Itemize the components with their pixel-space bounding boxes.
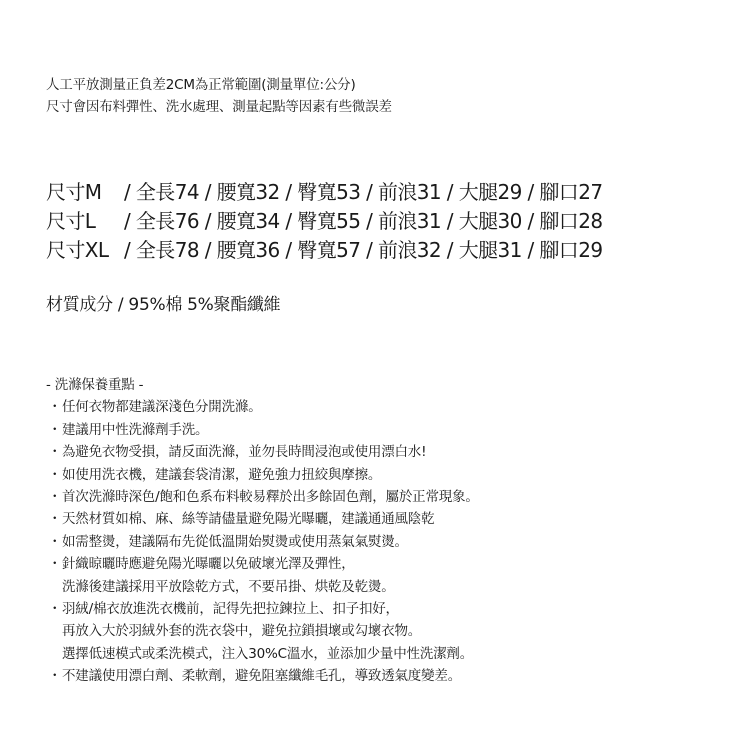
care-item-text: 任何衣物都建議深淺色分開洗滌。 (62, 396, 262, 418)
care-item-text: 如使用洗衣機，建議套袋清潔，避免強力扭絞與摩擦。 (62, 464, 381, 486)
size-chart: 尺寸M / 全長74 / 腰寬32 / 臀寬53 / 前浪31 / 大腿29 /… (46, 178, 602, 265)
size-label: 尺寸M (46, 178, 124, 207)
bullet-icon: ・ (46, 553, 62, 575)
measurement-note: 人工平放測量正負差2CM為正常範圍(測量單位:公分) 尺寸會因布料彈性、洗水處理… (46, 74, 392, 118)
care-item: ・ 為避免衣物受損，請反面洗滌，並勿長時間浸泡或使用漂白水! (46, 441, 479, 463)
care-item-continuation: 再放入大於羽絨外套的洗衣袋中，避免拉鎖損壞或勾壞衣物。 (46, 620, 479, 642)
care-title: - 洗滌保養重點 - (46, 374, 479, 396)
care-item-text: 羽絨/棉衣放進洗衣機前，記得先把拉鍊拉上、扣子扣好， (62, 598, 399, 620)
care-item-text: 如需整燙，建議隔布先從低溫開始熨燙或使用蒸氣氣熨燙。 (62, 531, 408, 553)
care-item: ・ 天然材質如棉、麻、絲等請儘量避免陽光曝曬，建議通通風陰乾 (46, 508, 479, 530)
bullet-icon: ・ (46, 396, 62, 418)
measurement-note-line-1: 人工平放測量正負差2CM為正常範圍(測量單位:公分) (46, 74, 392, 96)
size-spec: / 全長78 / 腰寬36 / 臀寬57 / 前浪32 / 大腿31 / 腳口2… (124, 236, 602, 265)
bullet-icon: ・ (46, 508, 62, 530)
care-item-text: 建議用中性洗滌劑手洗。 (62, 419, 208, 441)
size-spec: / 全長74 / 腰寬32 / 臀寬53 / 前浪31 / 大腿29 / 腳口2… (124, 178, 602, 207)
care-item-text: 不建議使用漂白劑、柔軟劑，避免阻塞纖維毛孔，導致透氣度變差。 (62, 665, 461, 687)
care-item: ・ 首次洗滌時深色/飽和色系布料較易釋於出多餘固色劑，屬於正常現象。 (46, 486, 479, 508)
size-label: 尺寸XL (46, 236, 124, 265)
care-item-continuation: 洗滌後建議採用平放陰乾方式，不要吊掛、烘乾及乾燙。 (46, 576, 479, 598)
bullet-icon: ・ (46, 486, 62, 508)
care-item-text: 針織晾曬時應避免陽光曝曬以免破壞光澤及彈性， (62, 553, 355, 575)
care-item: ・ 如使用洗衣機，建議套袋清潔，避免強力扭絞與摩擦。 (46, 464, 479, 486)
bullet-icon: ・ (46, 665, 62, 687)
care-item: ・ 如需整燙，建議隔布先從低溫開始熨燙或使用蒸氣氣熨燙。 (46, 531, 479, 553)
size-spec: / 全長76 / 腰寬34 / 臀寬55 / 前浪31 / 大腿30 / 腳口2… (124, 207, 602, 236)
bullet-icon: ・ (46, 531, 62, 553)
care-item: ・ 針織晾曬時應避免陽光曝曬以免破壞光澤及彈性， (46, 553, 479, 575)
size-label: 尺寸L (46, 207, 124, 236)
bullet-icon: ・ (46, 598, 62, 620)
size-row-xl: 尺寸XL / 全長78 / 腰寬36 / 臀寬57 / 前浪32 / 大腿31 … (46, 236, 602, 265)
care-item-continuation: 選擇低速模式或柔洗模式，注入30%C溫水，並添加少量中性洗潔劑。 (46, 643, 479, 665)
care-item: ・ 建議用中性洗滌劑手洗。 (46, 419, 479, 441)
material-composition: 材質成分 / 95%棉 5%聚酯纖維 (46, 292, 280, 318)
care-item: ・ 不建議使用漂白劑、柔軟劑，避免阻塞纖維毛孔，導致透氣度變差。 (46, 665, 479, 687)
bullet-icon: ・ (46, 441, 62, 463)
care-item: ・ 任何衣物都建議深淺色分開洗滌。 (46, 396, 479, 418)
care-item-text: 首次洗滌時深色/飽和色系布料較易釋於出多餘固色劑，屬於正常現象。 (62, 486, 479, 508)
bullet-icon: ・ (46, 464, 62, 486)
care-instructions: - 洗滌保養重點 - ・ 任何衣物都建議深淺色分開洗滌。 ・ 建議用中性洗滌劑手… (46, 374, 479, 688)
care-item-text: 為避免衣物受損，請反面洗滌，並勿長時間浸泡或使用漂白水! (62, 441, 426, 463)
size-row-m: 尺寸M / 全長74 / 腰寬32 / 臀寬53 / 前浪31 / 大腿29 /… (46, 178, 602, 207)
bullet-icon: ・ (46, 419, 62, 441)
care-item-text: 天然材質如棉、麻、絲等請儘量避免陽光曝曬，建議通通風陰乾 (62, 508, 434, 530)
care-item: ・ 羽絨/棉衣放進洗衣機前，記得先把拉鍊拉上、扣子扣好， (46, 598, 479, 620)
measurement-note-line-2: 尺寸會因布料彈性、洗水處理、測量起點等因素有些微誤差 (46, 96, 392, 118)
size-row-l: 尺寸L / 全長76 / 腰寬34 / 臀寬55 / 前浪31 / 大腿30 /… (46, 207, 602, 236)
